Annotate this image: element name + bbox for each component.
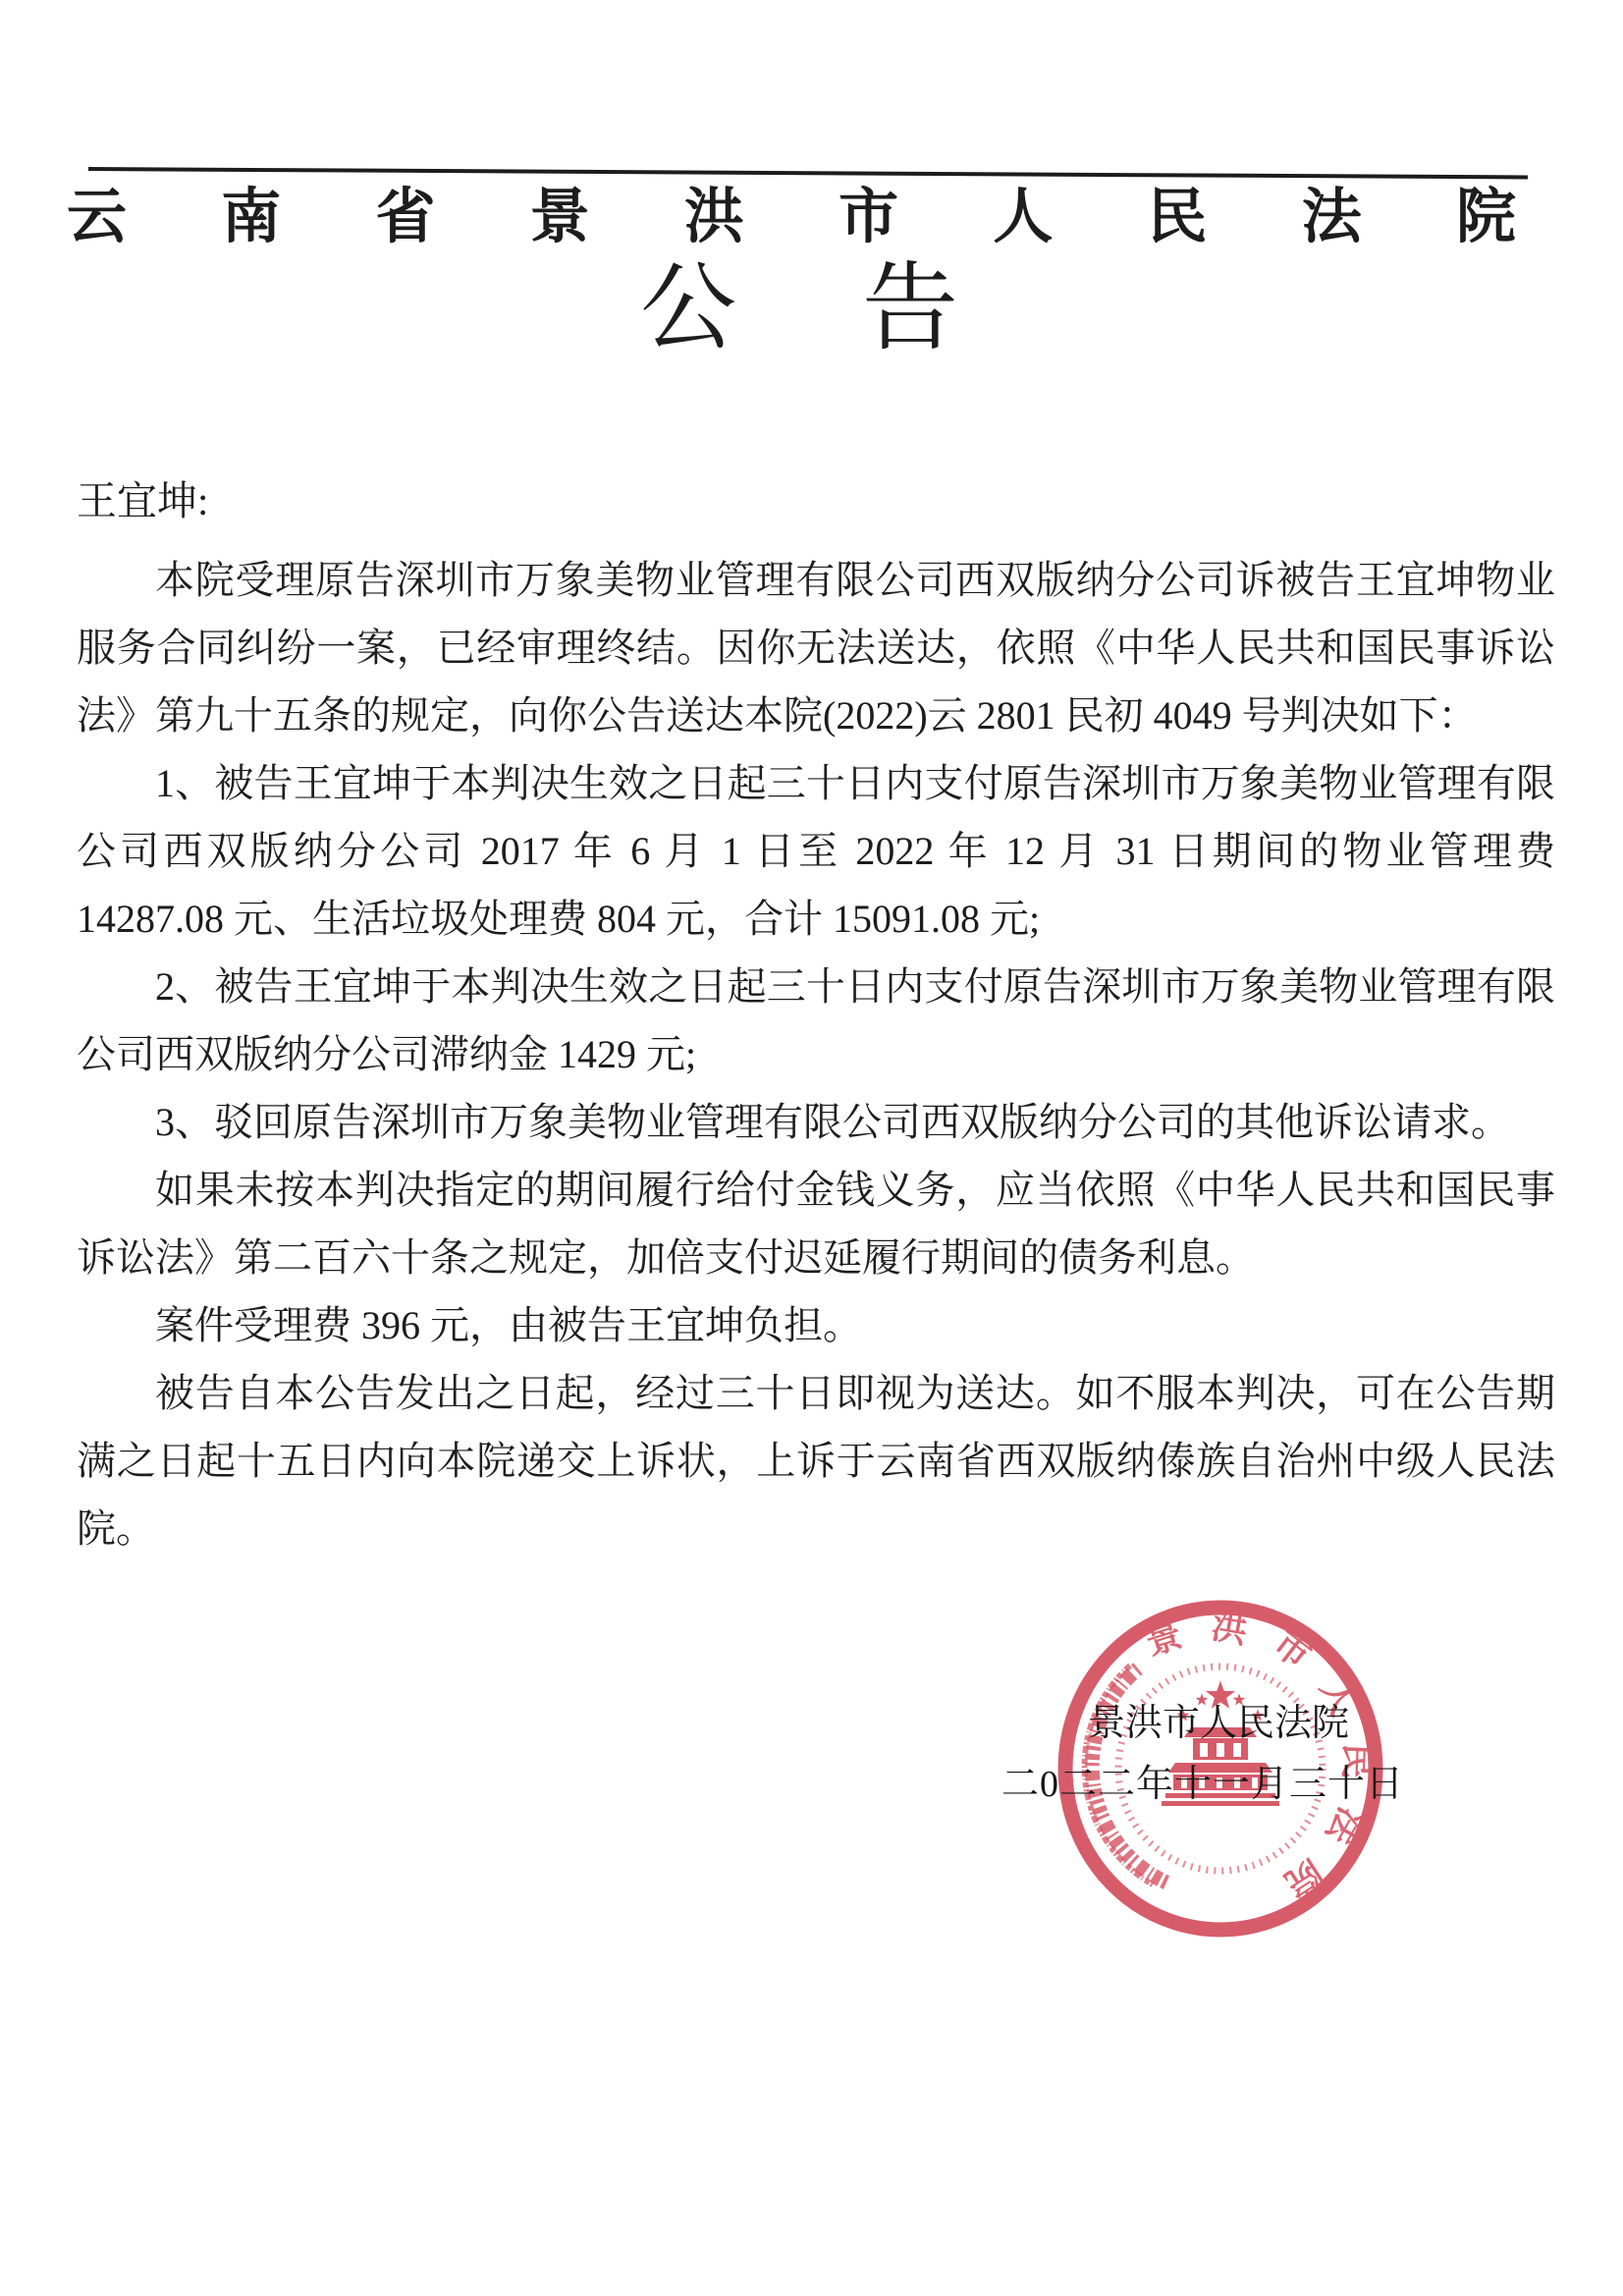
paragraph-judgment-item-2: 2、被告王宜坤于本判决生效之日起三十日内支付原告深圳市万象美物业管理有限公司西双… xyxy=(77,953,1555,1088)
court-name-header: 云南省景洪市人民法院 xyxy=(67,185,1516,250)
paragraph-court-fee: 案件受理费 396 元，由被告王宜坤负担。 xyxy=(77,1291,1555,1359)
header-divider xyxy=(88,167,1528,179)
notice-title: 公告 xyxy=(640,257,1084,363)
announcement-page: 云南省景洪市人民法院 公告 王宜坤: 本院受理原告深圳市万象美物业管理有限公司西… xyxy=(0,0,1623,2296)
signature-date: 二0二二年十一月三十日 xyxy=(1001,1765,1404,1806)
paragraph-judgment-item-1: 1、被告王宜坤于本判决生效之日起三十日内支付原告深圳市万象美物业管理有限公司西双… xyxy=(77,749,1555,953)
announcement-body: 本院受理原告深圳市万象美物业管理有限公司西双版纳分公司诉被告王宜坤物业服务合同纠… xyxy=(77,546,1555,1562)
paragraph-judgment-item-3: 3、驳回原告深圳市万象美物业管理有限公司西双版纳分公司的其他诉讼请求。 xyxy=(77,1088,1555,1156)
paragraph-service-appeal: 被告自本公告发出之日起，经过三十日即视为送达。如不服本判决，可在公告期满之日起十… xyxy=(77,1359,1555,1562)
salutation: 王宜坤: xyxy=(77,479,208,523)
signature-court-name: 景洪市人民法院 xyxy=(1088,1704,1349,1745)
paragraph-late-performance: 如果未按本判决指定的期间履行给付金钱义务，应当依照《中华人民共和国民事诉讼法》第… xyxy=(77,1156,1555,1291)
paragraph-case-intro: 本院受理原告深圳市万象美物业管理有限公司西双版纳分公司诉被告王宜坤物业服务合同纠… xyxy=(77,546,1555,749)
